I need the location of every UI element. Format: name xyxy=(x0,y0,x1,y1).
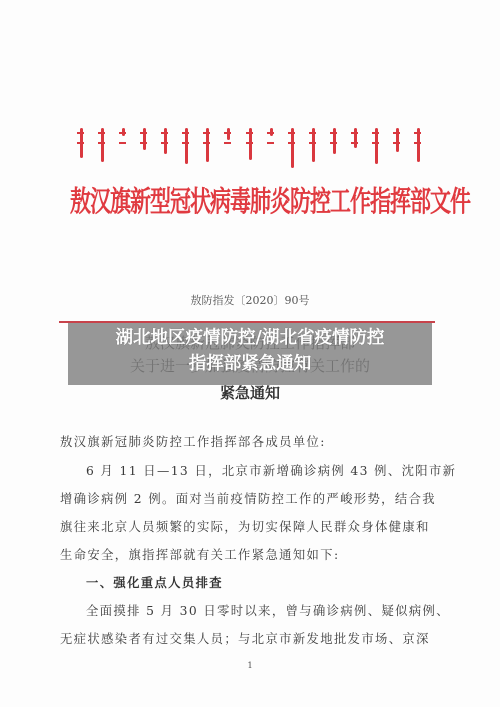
mongolian-glyph xyxy=(101,128,104,162)
mongolian-glyph xyxy=(354,128,357,148)
mongolian-glyph xyxy=(227,128,230,140)
mongolian-glyph xyxy=(122,128,125,136)
mongolian-glyph xyxy=(143,128,146,150)
mongolian-glyph xyxy=(164,128,167,154)
section-body-line: 全面摸排 5 月 30 日零时以来，曾与确诊病例、疑似病例、 xyxy=(86,601,466,619)
page-number: 1 xyxy=(0,661,500,670)
body-paragraph-line: 6 月 11 日—13 日，北京市新增确诊病例 43 例、沈阳市新 xyxy=(86,461,466,479)
mongolian-glyph xyxy=(333,128,336,154)
caption-line-1: 湖北地区疫情防控/湖北省疫情防控 xyxy=(68,325,432,351)
mongolian-glyph xyxy=(291,128,294,168)
mongolian-glyph xyxy=(185,128,188,164)
caption-line-2: 指挥部紧急通知 xyxy=(68,351,432,377)
mongolian-glyph xyxy=(206,128,209,162)
mongolian-glyph xyxy=(270,128,273,136)
document-number: 敖防指发〔2020〕90号 xyxy=(0,292,500,308)
body-paragraph-line: 生命安全，旗指挥部就有关工作紧急通知如下: xyxy=(60,545,440,563)
addressee-line: 敖汉旗新冠肺炎防控工作指挥部各成员单位: xyxy=(60,432,440,450)
notice-title-line-3: 紧急通知 xyxy=(0,382,500,403)
mongolian-glyph xyxy=(249,128,252,160)
section-heading: 一、强化重点人员排查 xyxy=(86,573,466,591)
document-letterhead-title: 敖汉旗新型冠状病毒肺炎防控工作指挥部文件 xyxy=(70,180,430,221)
mongolian-glyph xyxy=(312,128,315,162)
mongolian-script-header xyxy=(80,128,420,168)
mongolian-glyph xyxy=(80,128,83,158)
mongolian-glyph xyxy=(417,128,420,162)
body-paragraph-line: 旗往来北京人员频繁的实际，为切实保障人民群众身体健康和 xyxy=(60,517,440,535)
section-body-line: 无症状感染者有过交集人员；与北京市新发地批发市场、京深 xyxy=(60,629,440,647)
body-paragraph-line: 增确诊病例 2 例。面对当前疫情防控工作的严峻形势，结合我 xyxy=(60,489,440,507)
caption-overlay-text: 湖北地区疫情防控/湖北省疫情防控 指挥部紧急通知 xyxy=(68,325,432,377)
document-page: 敖汉旗新型冠状病毒肺炎防控工作指挥部文件 敖防指发〔2020〕90号 敖汉旗新冠… xyxy=(0,0,500,707)
mongolian-glyph xyxy=(375,128,378,164)
mongolian-glyph xyxy=(396,128,399,152)
